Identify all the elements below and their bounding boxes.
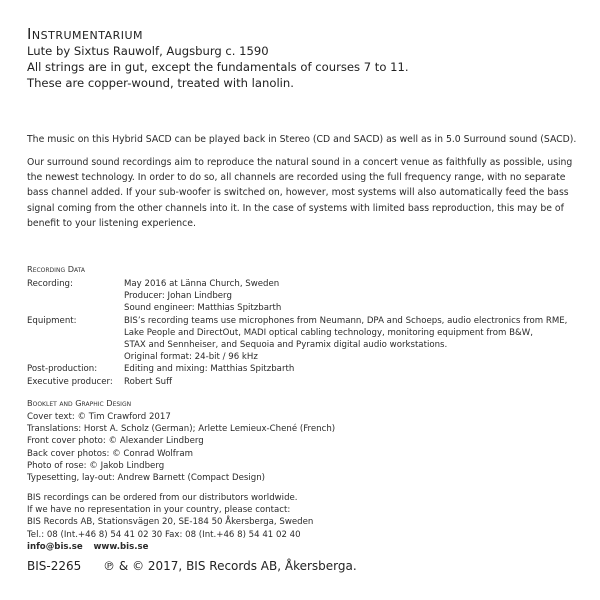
recording-data-table: Recording: May 2016 at Länna Church, Swe… <box>27 278 567 388</box>
credit-line: Front cover photo: © Alexander Lindberg <box>27 435 335 447</box>
sacd-playback-paragraph: The music on this Hybrid SACD can be pla… <box>27 132 577 147</box>
row-label: Recording: <box>27 278 124 315</box>
website-link[interactable]: www.bis.se <box>93 542 148 552</box>
credit-line: Translations: Horst A. Scholz (German); … <box>27 423 335 435</box>
instrument-line: These are copper-wound, treated with lan… <box>27 75 409 91</box>
booklet-heading: Booklet and Graphic Design <box>27 398 131 408</box>
instrumentarium-heading: Instrumentarium <box>27 25 143 43</box>
catalog-number: BIS-2265 <box>27 559 81 573</box>
credit-line: Photo of rose: © Jakob Lindberg <box>27 460 335 472</box>
contact-block: BIS recordings can be ordered from our d… <box>27 492 313 553</box>
row-value: Sound engineer: Matthias Spitzbarth <box>124 302 281 314</box>
row-value: Original format: 24-bit / 96 kHz <box>124 351 567 363</box>
row-label: Executive producer: <box>27 376 124 388</box>
contact-line: Tel.: 08 (Int.+46 8) 54 41 02 30 Fax: 08… <box>27 529 313 541</box>
row-value: May 2016 at Länna Church, Sweden <box>124 278 281 290</box>
instrument-line: Lute by Sixtus Rauwolf, Augsburg c. 1590 <box>27 43 409 59</box>
instrument-line: All strings are in gut, except the funda… <box>27 59 409 75</box>
booklet-credits: Cover text: © Tim Crawford 2017 Translat… <box>27 411 335 484</box>
row-value: Producer: Johan Lindberg <box>124 290 281 302</box>
contact-line: If we have no representation in your cou… <box>27 504 313 516</box>
equipment-row: Equipment: BIS’s recording teams use mic… <box>27 315 567 364</box>
row-value: BIS’s recording teams use microphones fr… <box>124 315 567 327</box>
executive-producer-row: Executive producer: Robert Suff <box>27 376 567 388</box>
surround-paragraph: Our surround sound recordings aim to rep… <box>27 155 577 231</box>
row-label: Equipment: <box>27 315 124 364</box>
recording-data-heading: Recording Data <box>27 264 85 274</box>
recording-row: Recording: May 2016 at Länna Church, Swe… <box>27 278 567 315</box>
instrumentarium-text: Lute by Sixtus Rauwolf, Augsburg c. 1590… <box>27 43 409 92</box>
row-value: STAX and Sennheiser, and Sequoia and Pyr… <box>124 339 567 351</box>
footer: BIS-2265 ℗ & © 2017, BIS Records AB, Åke… <box>27 559 357 573</box>
credit-line: Cover text: © Tim Crawford 2017 <box>27 411 335 423</box>
contact-line: BIS recordings can be ordered from our d… <box>27 492 313 504</box>
credit-line: Back cover photos: © Conrad Wolfram <box>27 448 335 460</box>
email-link[interactable]: info@bis.se <box>27 542 83 552</box>
row-label: Post-production: <box>27 363 124 375</box>
row-value: Lake People and DirectOut, MADI optical … <box>124 327 567 339</box>
post-production-row: Post-production: Editing and mixing: Mat… <box>27 363 567 375</box>
row-value: Robert Suff <box>124 376 172 388</box>
credit-line: Typesetting, lay-out: Andrew Barnett (Co… <box>27 472 335 484</box>
contact-line: BIS Records AB, Stationsvägen 20, SE-184… <box>27 516 313 528</box>
row-value: Editing and mixing: Matthias Spitzbarth <box>124 363 294 375</box>
copyright-notice: ℗ & © 2017, BIS Records AB, Åkersberga. <box>103 559 357 573</box>
